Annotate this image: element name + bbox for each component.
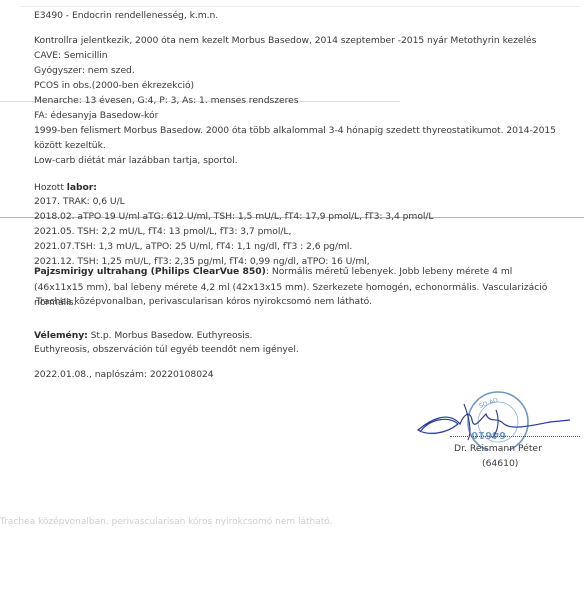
opinion-text: St.p. Morbus Basedow. Euthyreosis.	[88, 330, 253, 341]
stamp-icon: SO-AO 64610	[400, 380, 584, 450]
ultrasound-text-2: Trachea középvonalban, perivascularisan …	[36, 296, 372, 307]
history-line: Gyógyszer: nem szed.	[34, 65, 135, 76]
ultrasound-label: Pajzsmirigy ultrahang (Philips ClearVue …	[34, 266, 266, 277]
signature-line	[450, 436, 580, 437]
lab-entry: 2021.07.TSH: 1,3 mU/L, aTPO: 25 U/ml, fT…	[34, 241, 352, 252]
doctor-name: Dr. Reismann Péter	[454, 443, 542, 454]
opinion-line: Vélemény: St.p. Morbus Basedow. Euthyreo…	[34, 330, 252, 341]
bleed-through-text: Trachea középvonalban, perivascularisan …	[0, 517, 333, 527]
history-line: Low-carb diétát már lazábban tartja, spo…	[34, 155, 237, 166]
diagnosis-code: E3490 - Endocrin rendellenesség, k.m.n.	[34, 10, 218, 21]
labs-heading: Hozott labor:	[34, 182, 97, 193]
doctor-code: (64610)	[482, 458, 518, 469]
lab-entry: 2017. TRAK: 0,6 U/L	[34, 196, 125, 207]
lab-entry: 2018.02. aTPO 19 U/ml aTG: 612 U/ml, TSH…	[34, 211, 434, 222]
svg-text:64610: 64610	[471, 429, 506, 440]
labs-heading-prefix: Hozott	[34, 182, 67, 193]
history-line: PCOS in obs.(2000-ben ékrezekció)	[34, 80, 194, 91]
date-log: 2022.01.08., naplószám: 20220108024	[34, 369, 214, 380]
history-line: 1999-ben felismert Morbus Basedow. 2000 …	[34, 125, 556, 136]
svg-text:SO-AO: SO-AO	[478, 397, 499, 410]
opinion-label: Vélemény:	[34, 330, 88, 341]
signature-block: SO-AO 64610 Dr. Reismann Péter (64610)	[400, 380, 584, 500]
history-line: között kezeltük.	[34, 140, 106, 151]
history-line: CAVE: Semicillin	[34, 50, 108, 61]
scan-artifact	[20, 6, 580, 7]
lab-entry: 2021.05. TSH: 2,2 mU/L, fT4: 13 pmol/L, …	[34, 226, 291, 237]
history-line: Kontrollra jelentkezik, 2000 óta nem kez…	[34, 35, 536, 46]
labs-heading-bold: labor:	[67, 182, 97, 193]
opinion-line-2: Euthyreosis, obszerváción túl egyéb teen…	[34, 344, 299, 355]
medical-report-page: E3490 - Endocrin rendellenesség, k.m.n. …	[0, 0, 584, 611]
history-line: Menarche: 13 évesen, G:4, P: 3, As: 1. m…	[34, 95, 298, 106]
history-line: FA: édesanyja Basedow-kór	[34, 110, 158, 121]
